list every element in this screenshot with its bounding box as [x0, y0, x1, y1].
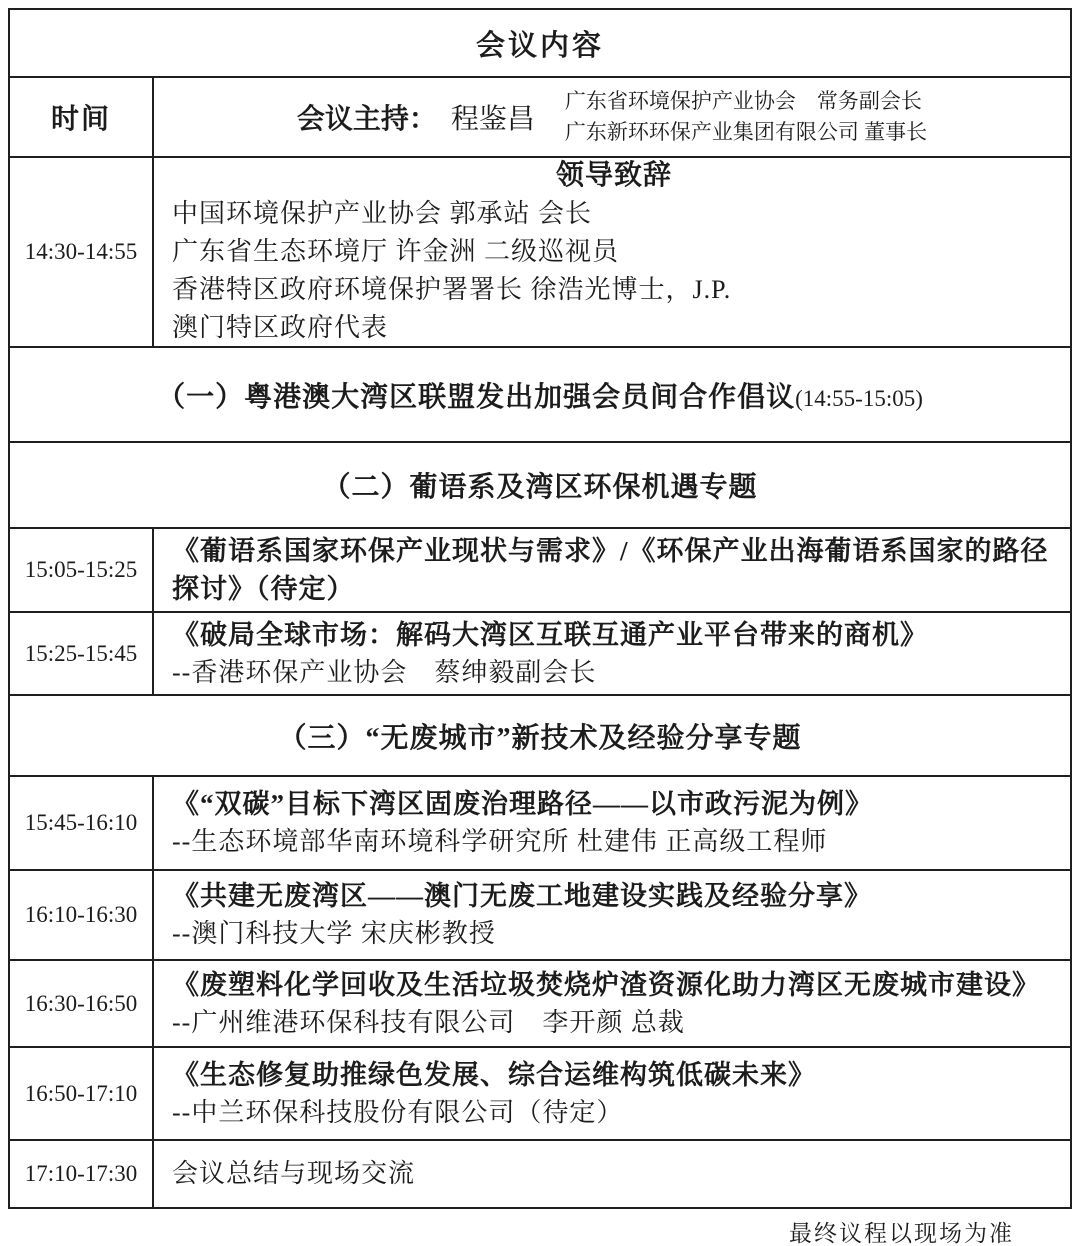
speaker-line: --中兰环保科技股份有限公司（待定） [172, 1094, 1056, 1132]
talk-title: 《废塑料化学回收及生活垃圾焚烧炉渣资源化助力湾区无废城市建设》 [172, 966, 1056, 1004]
moderator-affiliations: 广东省环境保护产业协会 常务副会长 广东新环环保产业集团有限公司 董事长 [565, 86, 927, 148]
moderator-affiliation-2: 广东新环环保产业集团有限公司 董事长 [565, 117, 927, 148]
session-row-1505: 15:05-15:25 《葡语系国家环保产业现状与需求》/《环保产业出海葡语系国… [10, 529, 1070, 613]
moderator-row: 时间 会议主持： 程鉴昌 广东省环境保护产业协会 常务副会长 广东新环环保产业集… [10, 78, 1070, 158]
session-content: 《“双碳”目标下湾区固废治理路径——以市政污泥为例》 --生态环境部华南环境科学… [154, 777, 1070, 869]
speaker-line: 澳门特区政府代表 [172, 309, 1056, 347]
session-content: 《破局全球市场：解码大湾区互联互通产业平台带来的商机》 --香港环保产业协会 蔡… [154, 613, 1070, 694]
session-time: 15:25-15:45 [10, 613, 154, 694]
session-row-1525: 15:25-15:45 《破局全球市场：解码大湾区互联互通产业平台带来的商机》 … [10, 613, 1070, 696]
talk-title: 《生态修复助推绿色发展、综合运维构筑低碳未来》 [172, 1056, 1056, 1094]
speaker-line: --澳门科技大学 宋庆彬教授 [172, 915, 1056, 953]
section-heading-1: （一）粤港澳大湾区联盟发出加强会员间合作倡议(14:55-15:05) [157, 375, 923, 415]
moderator-cell: 会议主持： 程鉴昌 广东省环境保护产业协会 常务副会长 广东新环环保产业集团有限… [154, 78, 1070, 156]
session-content: 《葡语系国家环保产业现状与需求》/《环保产业出海葡语系国家的路径探讨》（待定） [154, 529, 1070, 611]
session-content: 《生态修复助推绿色发展、综合运维构筑低碳未来》 --中兰环保科技股份有限公司（待… [154, 1048, 1070, 1139]
session-row-1710: 17:10-17:30 会议总结与现场交流 [10, 1141, 1070, 1207]
session-time: 15:45-16:10 [10, 777, 154, 869]
session-row-1610: 16:10-16:30 《共建无废湾区——澳门无废工地建设实践及经验分享》 --… [10, 871, 1070, 961]
section-heading-3: （三）“无废城市”新技术及经验分享专题 [278, 716, 801, 756]
session-content: 领导致辞 中国环境保护产业协会 郭承站 会长 广东省生态环境厅 许金洲 二级巡视… [154, 158, 1070, 346]
talk-title: 《破局全球市场：解码大湾区互联互通产业平台带来的商机》 [172, 616, 1056, 654]
closing-line: 会议总结与现场交流 [172, 1155, 1056, 1193]
session-content: 会议总结与现场交流 [154, 1141, 1070, 1207]
section-heading-2: （二）葡语系及湾区环保机遇专题 [322, 465, 757, 505]
session-time: 17:10-17:30 [10, 1141, 154, 1207]
session-time: 15:05-15:25 [10, 529, 154, 611]
speaker-line: --广州维港环保科技有限公司 李开颜 总裁 [172, 1004, 1056, 1042]
session-time: 16:30-16:50 [10, 961, 154, 1046]
speaker-line: 广东省生态环境厅 许金洲 二级巡视员 [172, 233, 1056, 271]
talk-title: 《葡语系国家环保产业现状与需求》/《环保产业出海葡语系国家的路径探讨》（待定） [172, 532, 1056, 608]
session-row-opening: 14:30-14:55 领导致辞 中国环境保护产业协会 郭承站 会长 广东省生态… [10, 158, 1070, 348]
speaker-line: 中国环境保护产业协会 郭承站 会长 [172, 195, 1056, 233]
section-time-note: (14:55-15:05) [795, 386, 923, 411]
section-row-1: （一）粤港澳大湾区联盟发出加强会员间合作倡议(14:55-15:05) [10, 348, 1070, 443]
session-row-1630: 16:30-16:50 《废塑料化学回收及生活垃圾焚烧炉渣资源化助力湾区无废城市… [10, 961, 1070, 1048]
moderator-label: 会议主持： [297, 97, 437, 137]
session-content: 《废塑料化学回收及生活垃圾焚烧炉渣资源化助力湾区无废城市建设》 --广州维港环保… [154, 961, 1070, 1046]
speaker-line: 香港特区政府环境保护署署长 徐浩光博士，J.P. [172, 271, 1056, 309]
section-title: （一）粤港澳大湾区联盟发出加强会员间合作倡议 [157, 382, 795, 413]
speaker-line: --生态环境部华南环境科学研究所 杜建伟 正高级工程师 [172, 823, 1056, 861]
session-time: 16:50-17:10 [10, 1048, 154, 1139]
table-title-row: 会议内容 [10, 10, 1070, 78]
footer-note: 最终议程以现场为准 [789, 1215, 1014, 1246]
talk-title: 《共建无废湾区——澳门无废工地建设实践及经验分享》 [172, 877, 1056, 915]
time-column-header: 时间 [51, 97, 111, 137]
time-column-header-cell: 时间 [10, 78, 154, 156]
moderator-name: 程鉴昌 [451, 97, 535, 137]
table-title: 会议内容 [476, 23, 604, 64]
session-row-1650: 16:50-17:10 《生态修复助推绿色发展、综合运维构筑低碳未来》 --中兰… [10, 1048, 1070, 1141]
speaker-line: --香港环保产业协会 蔡绅毅副会长 [172, 654, 1056, 692]
session-row-1545: 15:45-16:10 《“双碳”目标下湾区固废治理路径——以市政污泥为例》 -… [10, 777, 1070, 871]
agenda-page: 会议内容 时间 会议主持： 程鉴昌 广东省环境保护产业协会 常务副会长 广东新环… [0, 0, 1080, 1246]
session-content: 《共建无废湾区——澳门无废工地建设实践及经验分享》 --澳门科技大学 宋庆彬教授 [154, 871, 1070, 959]
session-time: 14:30-14:55 [10, 158, 154, 346]
agenda-table: 会议内容 时间 会议主持： 程鉴昌 广东省环境保护产业协会 常务副会长 广东新环… [8, 8, 1072, 1209]
session-time: 16:10-16:30 [10, 871, 154, 959]
session-heading: 领导致辞 [172, 157, 1056, 195]
talk-title: 《“双碳”目标下湾区固废治理路径——以市政污泥为例》 [172, 785, 1056, 823]
section-row-3: （三）“无废城市”新技术及经验分享专题 [10, 696, 1070, 777]
moderator-affiliation-1: 广东省环境保护产业协会 常务副会长 [565, 86, 927, 117]
section-row-2: （二）葡语系及湾区环保机遇专题 [10, 443, 1070, 529]
